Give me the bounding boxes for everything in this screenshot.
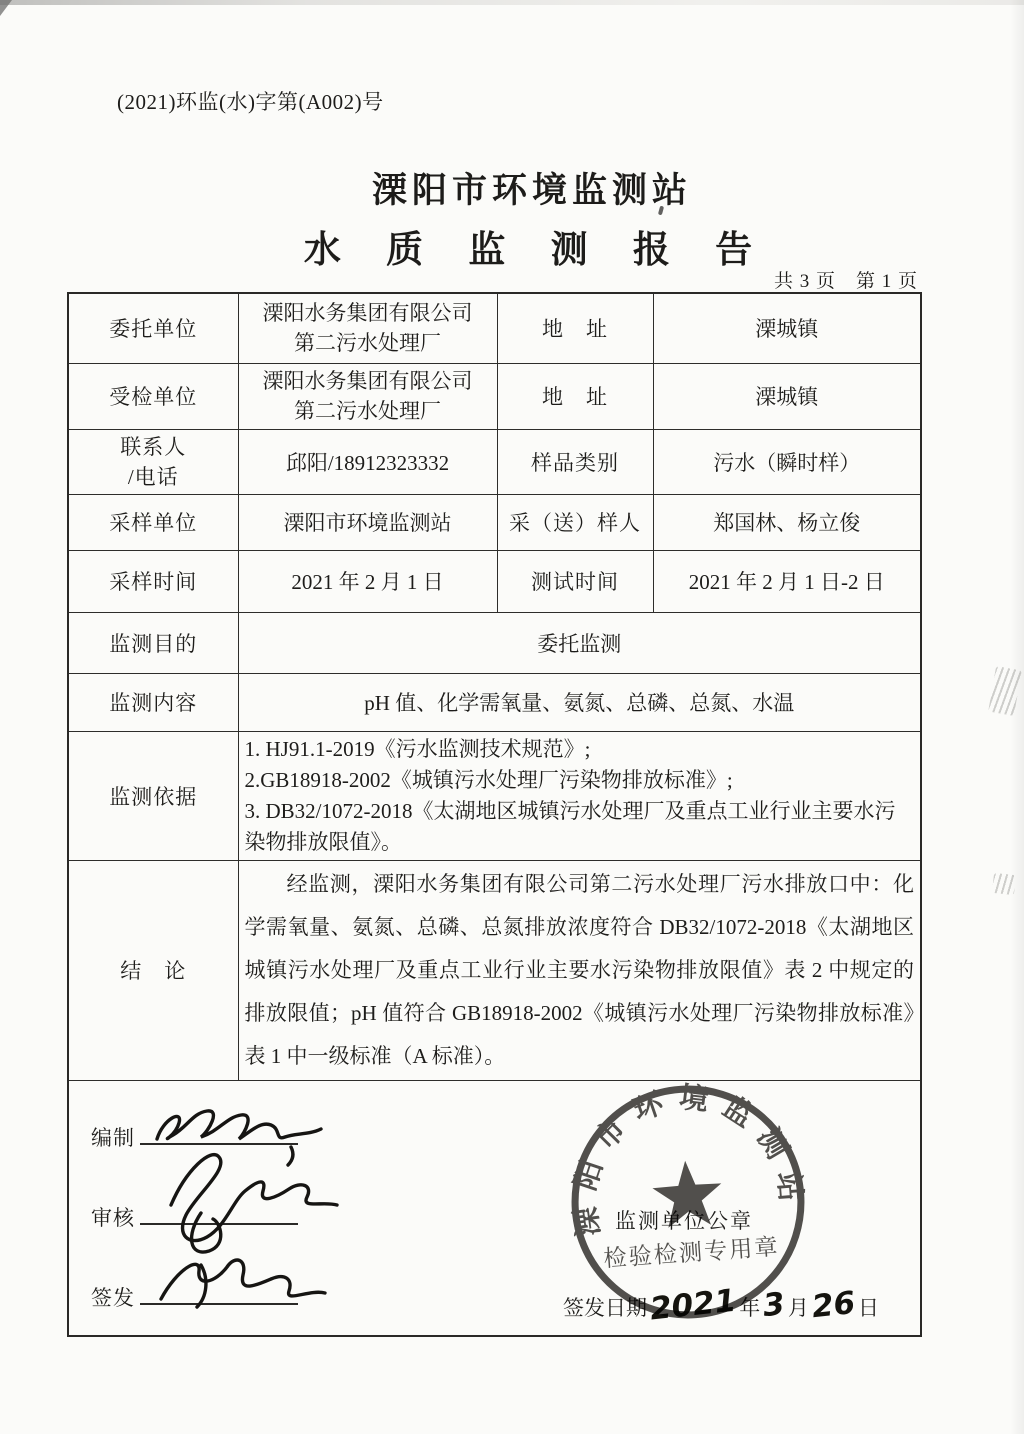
sampling-unit-value: 溧阳市环境监测站 bbox=[238, 494, 497, 550]
contact-label: 联系人 /电话 bbox=[68, 429, 238, 494]
scan-artifact bbox=[1010, 0, 1024, 1434]
reviewed-signature bbox=[141, 1135, 351, 1265]
test-time-value: 2021 年 2 月 1 日-2 日 bbox=[653, 550, 921, 612]
report-info-table: 委托单位 溧阳水务集团有限公司 第二污水处理厂 地 址 溧城镇 受检单位 溧阳水… bbox=[67, 292, 922, 1337]
table-row: 联系人 /电话 邱阳/18912323332 样品类别 污水（瞬时样） bbox=[68, 429, 921, 494]
sampler-label: 采（送）样人 bbox=[497, 494, 653, 550]
day-unit: 日 bbox=[858, 1292, 879, 1322]
inspected-unit-label: 受检单位 bbox=[68, 363, 238, 429]
entrust-unit-value: 溧阳水务集团有限公司 第二污水处理厂 bbox=[238, 293, 497, 363]
entrust-unit-line2: 第二污水处理厂 bbox=[245, 328, 491, 358]
reviewed-line: 审核 bbox=[91, 1197, 298, 1232]
table-row: 监测依据 1. HJ91.1-2019《污水监测技术规范》; 2.GB18918… bbox=[68, 731, 921, 860]
star-icon bbox=[651, 1158, 724, 1228]
basis-item-1: 1. HJ91.1-2019《污水监测技术规范》; bbox=[245, 734, 915, 765]
table-row: 受检单位 溧阳水务集团有限公司 第二污水处理厂 地 址 溧城镇 bbox=[68, 363, 921, 429]
document-number: (2021)环监(水)字第(A002)号 bbox=[117, 86, 384, 116]
basis-label: 监测依据 bbox=[68, 731, 238, 860]
issued-line: 签发 bbox=[91, 1277, 298, 1312]
prepared-label: 编制 bbox=[91, 1122, 135, 1152]
address2-label: 地 址 bbox=[497, 363, 653, 429]
inspected-unit-line1: 溧阳水务集团有限公司 bbox=[245, 366, 491, 396]
issue-date-day-handwritten: 26 bbox=[810, 1284, 857, 1324]
scan-artifact bbox=[0, 0, 12, 16]
conclusion-label: 结 论 bbox=[68, 860, 238, 1080]
conclusion-text: 经监测，溧阳水务集团有限公司第二污水处理厂污水排放口中：化学需氧量、氨氮、总磷、… bbox=[245, 863, 915, 1078]
entrust-unit-line1: 溧阳水务集团有限公司 bbox=[245, 298, 491, 328]
sample-type-value: 污水（瞬时样） bbox=[653, 429, 921, 494]
official-stamp: 溧阳市环境监测站 检验检测专用章 bbox=[559, 1072, 817, 1330]
entrust-unit-label: 委托单位 bbox=[68, 293, 238, 363]
purpose-value: 委托监测 bbox=[238, 612, 921, 673]
reviewed-label: 审核 bbox=[91, 1202, 135, 1232]
scan-artifact bbox=[0, 0, 1024, 5]
inspected-unit-value: 溧阳水务集团有限公司 第二污水处理厂 bbox=[238, 363, 497, 429]
content-label: 监测内容 bbox=[68, 673, 238, 731]
sampler-value: 郑国林、杨立俊 bbox=[653, 494, 921, 550]
official-stamp-seal: 溧阳市环境监测站 检验检测专用章 bbox=[559, 1072, 817, 1330]
signoff-cell: 编制 审核 签发 bbox=[68, 1080, 921, 1336]
contact-label-line2: /电话 bbox=[75, 462, 232, 492]
table-row: 结 论 经监测，溧阳水务集团有限公司第二污水处理厂污水排放口中：化学需氧量、氨氮… bbox=[68, 860, 921, 1080]
table-row: 编制 审核 签发 bbox=[68, 1080, 921, 1336]
contact-label-line1: 联系人 bbox=[75, 432, 232, 462]
test-time-label: 测试时间 bbox=[497, 550, 653, 612]
stamp-center-text: 检验检测专用章 bbox=[603, 1234, 781, 1272]
sampling-time-value: 2021 年 2 月 1 日 bbox=[238, 550, 497, 612]
contact-value: 邱阳/18912323332 bbox=[238, 429, 497, 494]
table-row: 监测内容 pH 值、化学需氧量、氨氮、总磷、总氮、水温 bbox=[68, 673, 921, 731]
purpose-label: 监测目的 bbox=[68, 612, 238, 673]
issued-signature bbox=[149, 1249, 339, 1324]
issued-label: 签发 bbox=[91, 1282, 135, 1312]
basis-value: 1. HJ91.1-2019《污水监测技术规范》; 2.GB18918-2002… bbox=[238, 731, 921, 860]
page-title: 溧阳市环境监测站 bbox=[0, 163, 1024, 213]
report-subtitle: 水 质 监 测 报 告 bbox=[0, 219, 1024, 273]
basis-item-3: 3. DB32/1072-2018《太湖地区城镇污水处理厂及重点工业行业主要水污… bbox=[245, 796, 915, 858]
address2-value: 溧城镇 bbox=[653, 363, 921, 429]
sampling-unit-label: 采样单位 bbox=[68, 494, 238, 550]
sampling-time-label: 采样时间 bbox=[68, 550, 238, 612]
content-value: pH 值、化学需氧量、氨氮、总磷、总氮、水温 bbox=[238, 673, 921, 731]
table-row: 委托单位 溧阳水务集团有限公司 第二污水处理厂 地 址 溧城镇 bbox=[68, 293, 921, 363]
table-row: 监测目的 委托监测 bbox=[68, 612, 921, 673]
address-label: 地 址 bbox=[497, 293, 653, 363]
basis-item-2: 2.GB18918-2002《城镇污水处理厂污染物排放标准》; bbox=[245, 765, 915, 796]
table-row: 采样单位 溧阳市环境监测站 采（送）样人 郑国林、杨立俊 bbox=[68, 494, 921, 550]
page-count-note: 共 3 页 第 1 页 bbox=[774, 266, 918, 293]
sample-type-label: 样品类别 bbox=[497, 429, 653, 494]
inspected-unit-line2: 第二污水处理厂 bbox=[245, 396, 491, 426]
scan-artifact bbox=[992, 873, 1016, 895]
table-row: 采样时间 2021 年 2 月 1 日 测试时间 2021 年 2 月 1 日-… bbox=[68, 550, 921, 612]
conclusion-cell: 经监测，溧阳水务集团有限公司第二污水处理厂污水排放口中：化学需氧量、氨氮、总磷、… bbox=[238, 860, 921, 1080]
address-value: 溧城镇 bbox=[653, 293, 921, 363]
